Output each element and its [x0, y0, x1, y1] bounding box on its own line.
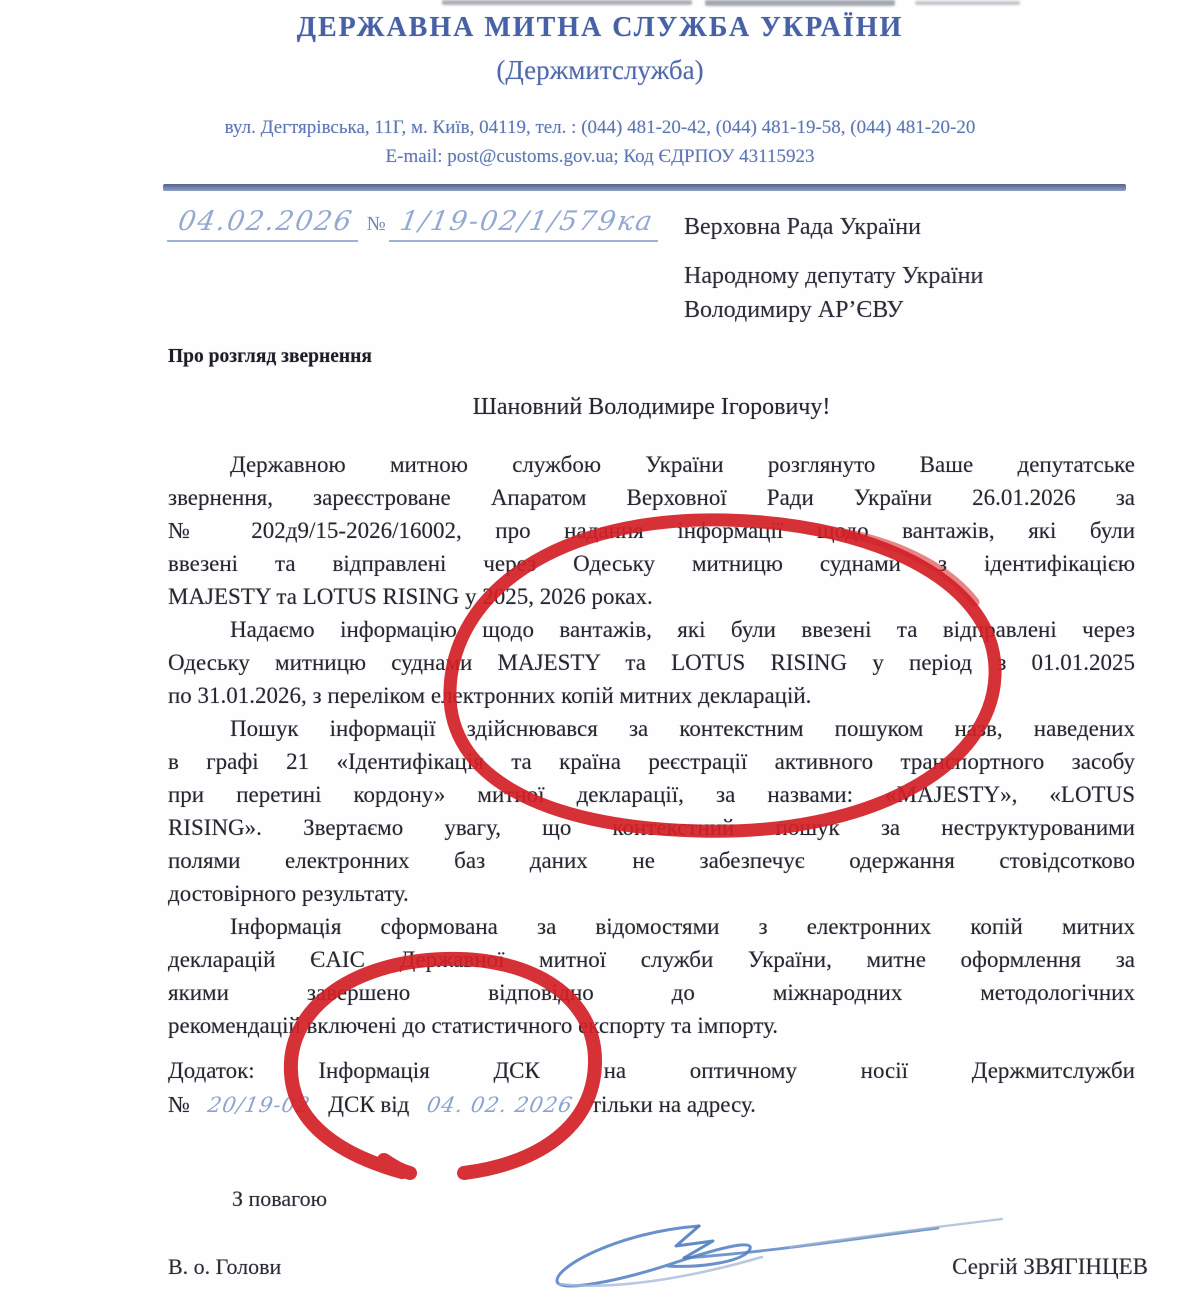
handwritten-date: 04.02.2026: [167, 206, 364, 242]
org-name: ДЕРЖАВНА МИТНА СЛУЖБА УКРАЇНИ: [0, 12, 1200, 44]
body-line: ввезені та відправлені через Одеську мит…: [168, 547, 1135, 580]
body-line: Державною митною службою України розглян…: [168, 448, 1135, 481]
printed-segment: тільки на адресу.: [591, 1092, 756, 1117]
body-line: Пошук інформації здійснювався за контекс…: [168, 712, 1135, 745]
body-line: рекомендацій включені до статистичного е…: [168, 1009, 1135, 1042]
body-line: звернення, зареєстроване Апаратом Верхов…: [168, 481, 1135, 514]
scan-artifact: [442, 0, 692, 5]
body-line: при перетині кордону» митної декларації,…: [168, 778, 1135, 811]
letterhead-divider-rule: [163, 184, 1126, 191]
recipient-block: Верховна Рада України Народному депутату…: [684, 210, 983, 327]
body-line: полями електронних баз даних не забезпеч…: [168, 844, 1135, 877]
attachment-line-1: Додаток: Інформація ДСК на оптичному нос…: [168, 1054, 1135, 1087]
numero-sign: №: [367, 213, 386, 236]
subject-line: Про розгляд звернення: [168, 346, 372, 368]
salutation: Шановний Володимире Ігоровичу!: [168, 394, 1135, 421]
handwritten-number: 1/19-02/1/579ка: [389, 206, 665, 242]
signature-scribble: [540, 1195, 1020, 1315]
scan-artifact: [705, 0, 895, 6]
scan-artifact: [915, 1, 1020, 5]
recipient-line: Народному депутату України: [684, 259, 983, 293]
printed-segment: ДСК від: [328, 1092, 409, 1117]
body-line: Інформація сформована за відомостями з е…: [168, 910, 1135, 943]
body-text: Державною митною службою України розглян…: [168, 448, 1135, 1042]
attachment-line-2: №20/19-02ДСК від04. 02. 2026тільки на ад…: [168, 1088, 1135, 1122]
signer-position: В. о. Голови: [168, 1254, 281, 1280]
closing-regards: З повагою: [232, 1186, 327, 1212]
recipient-line: Верховна Рада України: [684, 210, 983, 244]
body-line: № 202д9/15-2026/16002, про надання інфор…: [168, 514, 1135, 547]
handwritten-segment: 04. 02. 2026: [424, 1089, 575, 1122]
printed-segment: №: [168, 1092, 190, 1117]
signer-name: Сергій ЗВЯГІНЦЕВ: [952, 1254, 1148, 1280]
body-line: якими завершено відповідно до міжнародни…: [168, 976, 1135, 1009]
body-line: декларацій ЄАІС Державної митної служби …: [168, 943, 1135, 976]
body-line: Надаємо інформацію щодо вантажів, які бу…: [168, 613, 1135, 646]
handwritten-segment: 20/19-02: [205, 1089, 313, 1122]
reference-block: 04.02.2026 № 1/19-02/1/579ка: [170, 206, 661, 242]
body-line: Одеську митницю суднами MAJESTY та LOTUS…: [168, 646, 1135, 679]
body-line: MAJESTY та LOTUS RISING у 2025, 2026 рок…: [168, 580, 1135, 613]
attachment-block: Додаток: Інформація ДСК на оптичному нос…: [168, 1054, 1135, 1122]
body-line: достовірного результату.: [168, 877, 1135, 910]
body-line: RISING». Звертаємо увагу, що контекстний…: [168, 811, 1135, 844]
recipient-line: Володимиру АР’ЄВУ: [684, 293, 983, 327]
body-line: по 31.01.2026, з переліком електронних к…: [168, 679, 1135, 712]
body-line: в графі 21 «Ідентифікація та країна реєс…: [168, 745, 1135, 778]
scanned-letter-page: ДЕРЖАВНА МИТНА СЛУЖБА УКРАЇНИ (Держмитсл…: [0, 0, 1200, 1316]
org-email-line: E-mail: post@customs.gov.ua; Код ЄДРПОУ …: [0, 146, 1200, 168]
org-address-line: вул. Дегтярівська, 11Г, м. Київ, 04119, …: [0, 117, 1200, 139]
org-short-name: (Держмитслужба): [0, 55, 1200, 86]
